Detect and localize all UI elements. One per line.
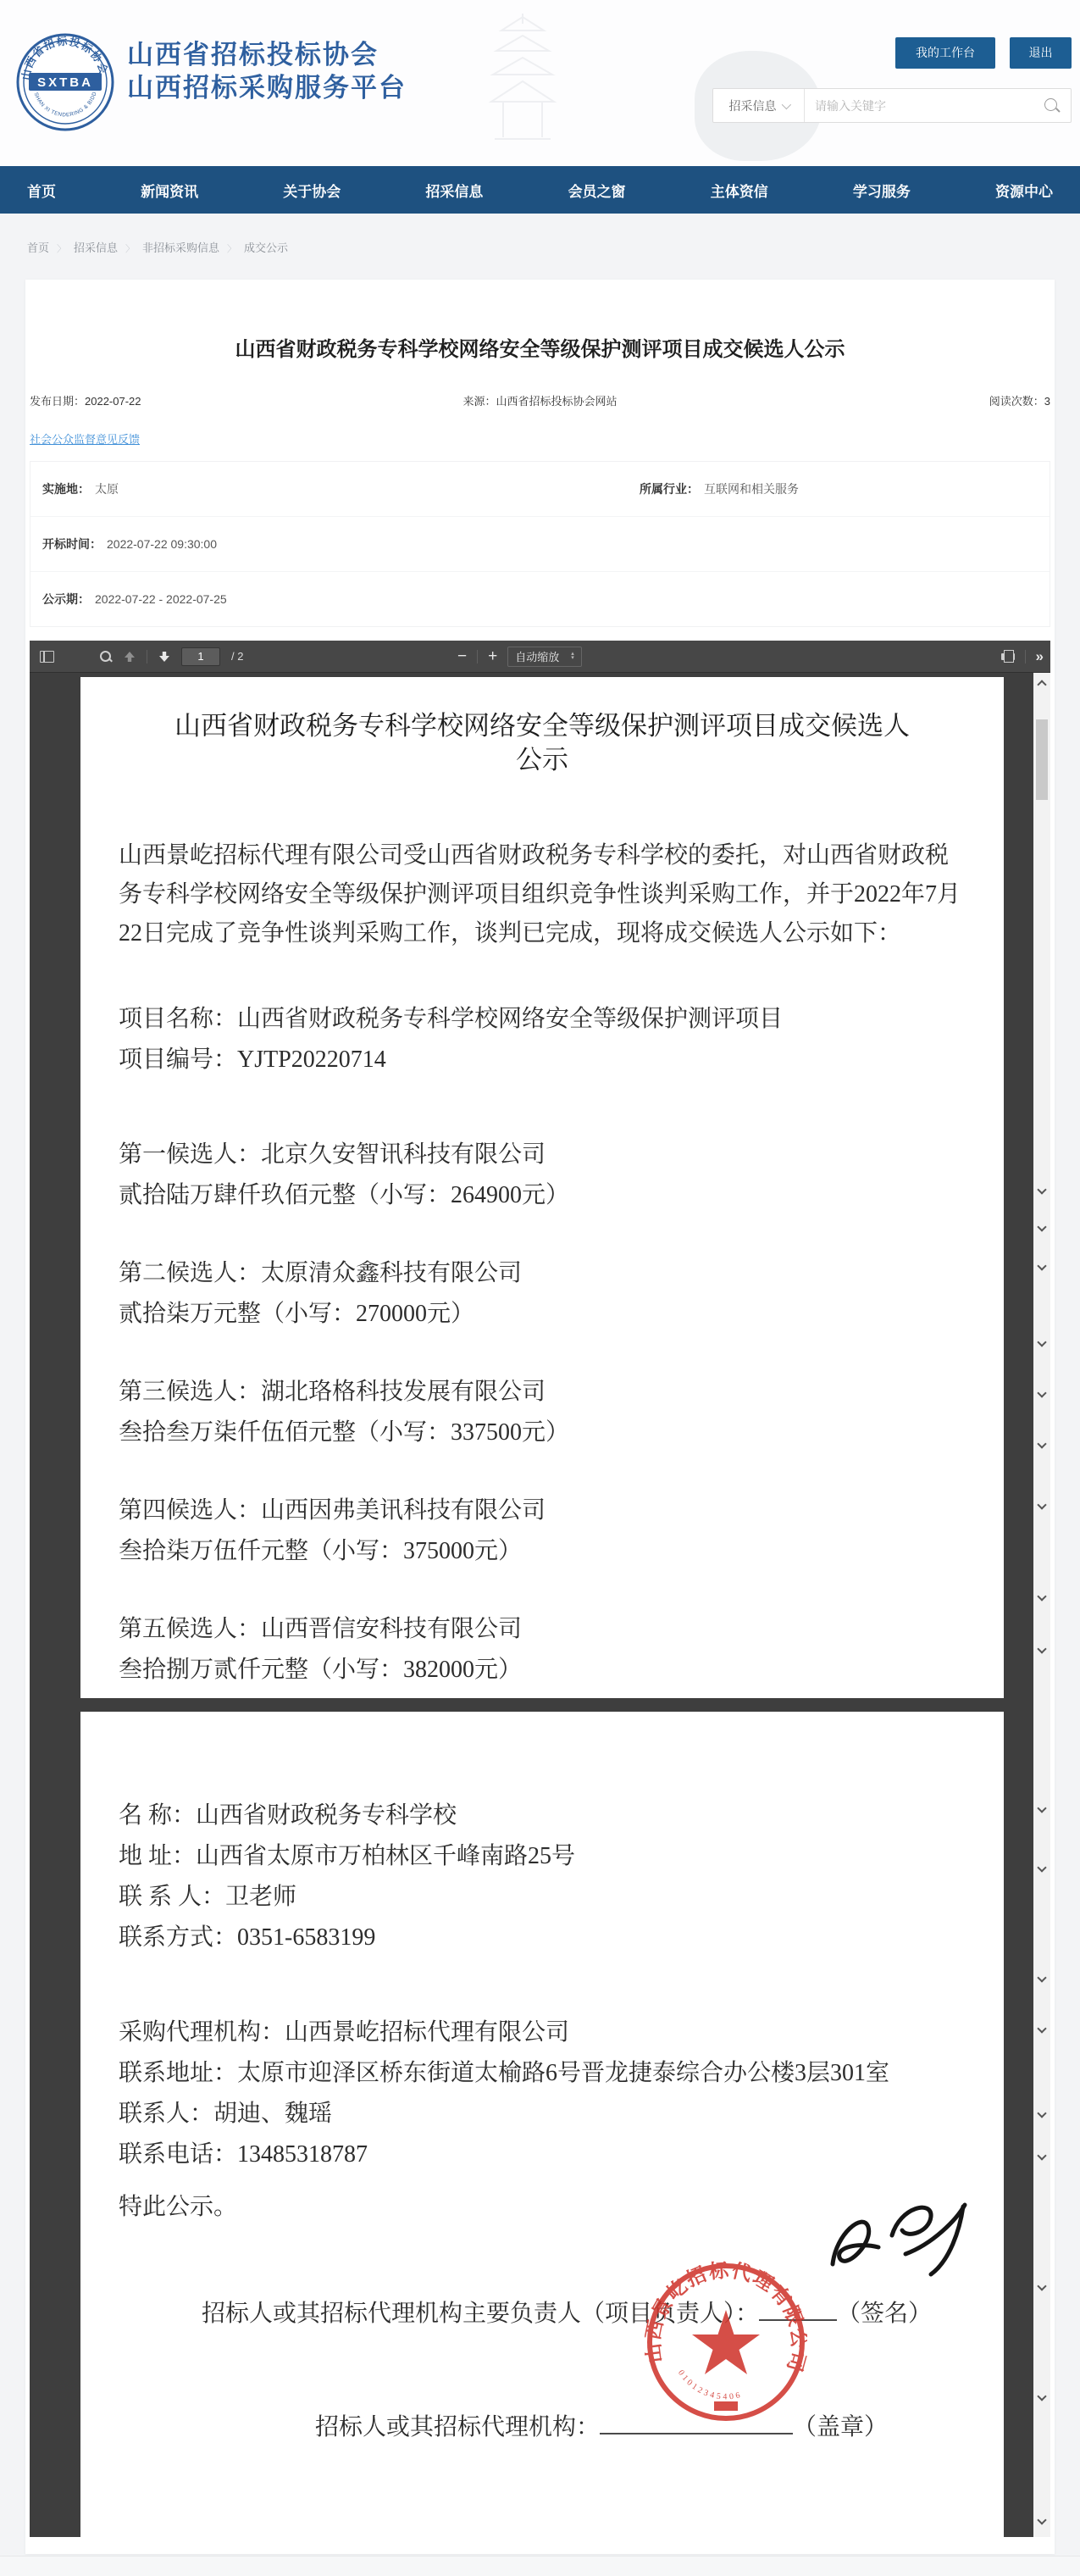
scroll-down-icon[interactable] bbox=[1037, 1973, 1046, 1982]
field-row-open-time: 开标时间：2022-07-22 09:30:00 bbox=[30, 517, 1050, 572]
candidate-amount: 贰拾柒万元整（小写：270000元） bbox=[119, 1297, 966, 1331]
scrollbar-thumb[interactable] bbox=[1036, 719, 1048, 800]
zoom-in-button[interactable]: + bbox=[488, 648, 497, 664]
project-name: 项目名称：山西省财政税务专科学校网络安全等级保护测评项目 bbox=[119, 1002, 966, 1036]
page-up-icon[interactable] bbox=[124, 651, 136, 663]
site-footer bbox=[0, 2556, 1080, 2576]
agency-info-line: 联系地址：太原市迎泽区桥东街道太榆路6号晋龙捷泰综合办公楼3层301室 bbox=[119, 2057, 966, 2090]
select-spinner-icon: ▴▾ bbox=[571, 652, 574, 660]
nav-item[interactable]: 招采信息 bbox=[425, 180, 483, 201]
purchaser-info-line: 名 称：山西省财政税务专科学校 bbox=[119, 1799, 966, 1833]
zoom-mode-select[interactable]: 自动缩放 ▴▾ bbox=[507, 647, 582, 667]
article-meta: 发布日期：2022-07-22 来源：山西省招标投标协会网站 阅读次数：3 bbox=[30, 392, 1050, 408]
scroll-down-icon[interactable] bbox=[1037, 1261, 1046, 1270]
search-input[interactable] bbox=[805, 89, 1044, 122]
view-count: 阅读次数：3 bbox=[713, 392, 1050, 408]
candidate-name: 第二候选人：太原清众鑫科技有限公司 bbox=[119, 1257, 966, 1291]
zoom-out-button[interactable]: − bbox=[457, 648, 467, 664]
page-down-icon[interactable] bbox=[158, 651, 170, 663]
breadcrumb: 首页招采信息非招标采购信息成交公示 bbox=[0, 214, 1080, 280]
purchaser-info-line: 联系方式：0351-6583199 bbox=[119, 1921, 966, 1955]
nav-item[interactable]: 学习服务 bbox=[853, 180, 911, 201]
toolbar-divider bbox=[147, 650, 147, 663]
candidate-amount: 叁拾叁万柒仟伍佰元整（小写：337500元） bbox=[119, 1416, 966, 1450]
public-feedback-link[interactable]: 社会公众监督意见反馈 bbox=[30, 430, 140, 447]
open-time-value: 2022-07-22 09:30:00 bbox=[107, 537, 217, 551]
scroll-down-icon[interactable] bbox=[1037, 1222, 1046, 1231]
scroll-down-icon[interactable] bbox=[1037, 2281, 1046, 2290]
scroll-down-icon[interactable] bbox=[1037, 2024, 1046, 2033]
nav-item[interactable]: 会员之窗 bbox=[568, 180, 626, 201]
nav-item[interactable]: 主体资信 bbox=[711, 180, 768, 201]
breadcrumb-item[interactable]: 招采信息 bbox=[74, 239, 142, 255]
page-number-input[interactable] bbox=[181, 647, 220, 666]
scroll-down-icon[interactable] bbox=[1037, 2515, 1046, 2524]
red-company-seal: 山西景屹招标代理有限公司 01012345406 bbox=[645, 2261, 807, 2423]
search-bar: 招采信息 bbox=[712, 88, 1072, 123]
zoom-mode-label: 自动缩放 bbox=[515, 648, 559, 664]
scroll-down-icon[interactable] bbox=[1037, 1863, 1046, 1872]
breadcrumb-item[interactable]: 首页 bbox=[27, 239, 74, 255]
svg-text:01012345406: 01012345406 bbox=[676, 2368, 744, 2401]
nav-item[interactable]: 资源中心 bbox=[995, 180, 1053, 201]
logout-button[interactable]: 退出 bbox=[1010, 37, 1072, 69]
publish-date: 发布日期：2022-07-22 bbox=[30, 392, 367, 408]
scroll-down-icon[interactable] bbox=[1037, 1500, 1046, 1509]
candidate-item: 第一候选人：北京久安智讯科技有限公司 贰拾陆万肆仟玖佰元整（小写：264900元… bbox=[119, 1138, 966, 1213]
pdf-scrollbar[interactable] bbox=[1033, 673, 1050, 2537]
search-category-label: 招采信息 bbox=[729, 97, 777, 114]
industry-label: 所属行业： bbox=[640, 482, 699, 496]
workbench-button[interactable]: 我的工作台 bbox=[895, 37, 995, 69]
scroll-up-icon[interactable] bbox=[1037, 680, 1046, 689]
candidate-item: 第二候选人：太原清众鑫科技有限公司 贰拾柒万元整（小写：270000元） bbox=[119, 1257, 966, 1331]
location-value: 太原 bbox=[95, 482, 119, 496]
search-category-select[interactable]: 招采信息 bbox=[713, 89, 805, 122]
scroll-down-icon[interactable] bbox=[1037, 1591, 1046, 1601]
scroll-down-icon[interactable] bbox=[1037, 1337, 1046, 1346]
publicity-label: 公示期： bbox=[42, 592, 90, 606]
scroll-down-icon[interactable] bbox=[1037, 2108, 1046, 2118]
pagoda-watermark-icon bbox=[485, 10, 561, 146]
scroll-down-icon[interactable] bbox=[1037, 1644, 1046, 1653]
pdf-intro: 山西景屹招标代理有限公司受山西省财政税务专科学校的委托，对山西省财政税务专科学校… bbox=[119, 836, 966, 953]
purchaser-info-line: 地 址：山西省太原市万柏林区千峰南路25号 bbox=[119, 1840, 966, 1874]
nav-item[interactable]: 关于协会 bbox=[283, 180, 341, 201]
site-header: 山西省招标投标协会 SXTBA SHAN XI TENDERING & BIDD… bbox=[0, 0, 1080, 166]
agency-info: 采购代理机构：山西景屹招标代理有限公司联系地址：太原市迎泽区桥东街道太榆路6号晋… bbox=[119, 2016, 966, 2172]
pdf-viewer: / 2 − + 自动缩放 ▴▾ » 山西省财政税务专科学校网络安全等级保护测评项… bbox=[30, 641, 1050, 2537]
pdf-doc-title: 山西省财政税务专科学校网络安全等级保护测评项目成交候选人公示 bbox=[167, 709, 918, 777]
pdf-toolbar: / 2 − + 自动缩放 ▴▾ » bbox=[30, 641, 1050, 673]
association-logo: 山西省招标投标协会 SXTBA SHAN XI TENDERING & BIDD… bbox=[15, 32, 115, 132]
purchaser-info-line: 联 系 人：卫老师 bbox=[119, 1880, 966, 1914]
candidate-item: 第五候选人：山西晋信安科技有限公司 叁拾捌万贰仟元整（小写：382000元） bbox=[119, 1613, 966, 1687]
toolbar-divider bbox=[477, 650, 478, 663]
candidate-name: 第三候选人：湖北珞格科技发展有限公司 bbox=[119, 1375, 966, 1409]
source: 来源：山西省招标投标协会网站 bbox=[367, 392, 714, 408]
candidate-name: 第五候选人：山西晋信安科技有限公司 bbox=[119, 1613, 966, 1646]
candidate-item: 第三候选人：湖北珞格科技发展有限公司 叁拾叁万柒仟伍佰元整（小写：337500元… bbox=[119, 1375, 966, 1450]
location-label: 实施地： bbox=[42, 482, 90, 496]
page-title: 山西省财政税务专科学校网络安全等级保护测评项目成交候选人公示 bbox=[30, 280, 1050, 362]
agency-info-line: 采购代理机构：山西景屹招标代理有限公司 bbox=[119, 2016, 966, 2050]
scroll-down-icon[interactable] bbox=[1037, 2391, 1046, 2401]
publicity-value: 2022-07-22 - 2022-07-25 bbox=[95, 592, 227, 606]
logo-center-text: SXTBA bbox=[37, 75, 93, 90]
scroll-down-icon[interactable] bbox=[1037, 1439, 1046, 1448]
seal-row: 招标人或其招标代理机构：（盖章） bbox=[315, 2411, 966, 2445]
scroll-down-icon[interactable] bbox=[1037, 1803, 1046, 1813]
main-nav: 首页新闻资讯关于协会招采信息会员之窗主体资信学习服务资源中心 bbox=[0, 166, 1080, 214]
org-name-line2: 山西招标采购服务平台 bbox=[127, 71, 407, 105]
agency-info-line: 联系电话：13485318787 bbox=[119, 2138, 966, 2172]
toolbar-divider bbox=[1025, 650, 1026, 663]
purchaser-info: 名 称：山西省财政税务专科学校地 址：山西省太原市万柏林区千峰南路25号联 系 … bbox=[119, 1799, 966, 1955]
agency-info-line: 联系人：胡迪、魏瑶 bbox=[119, 2097, 966, 2131]
nav-item[interactable]: 新闻资讯 bbox=[141, 180, 198, 201]
nav-item[interactable]: 首页 bbox=[27, 180, 56, 201]
breadcrumb-item[interactable]: 非招标采购信息 bbox=[142, 239, 244, 255]
scroll-down-icon[interactable] bbox=[1037, 1185, 1046, 1194]
search-icon[interactable] bbox=[1044, 97, 1061, 114]
candidate-name: 第四候选人：山西因弗美讯科技有限公司 bbox=[119, 1494, 966, 1528]
candidate-amount: 贰拾陆万肆仟玖佰元整（小写：264900元） bbox=[119, 1179, 966, 1213]
candidate-name: 第一候选人：北京久安智讯科技有限公司 bbox=[119, 1138, 966, 1172]
field-row-publicity-period: 公示期：2022-07-22 - 2022-07-25 bbox=[30, 572, 1050, 626]
candidate-amount: 叁拾柒万伍仟元整（小写：375000元） bbox=[119, 1535, 966, 1568]
breadcrumb-item[interactable]: 成交公示 bbox=[244, 239, 288, 255]
org-names: 山西省招标投标协会 山西招标采购服务平台 bbox=[127, 39, 407, 105]
industry-value: 互联网和相关服务 bbox=[704, 482, 799, 496]
chevron-down-icon bbox=[781, 99, 790, 108]
announcement-card: 山西省财政税务专科学校网络安全等级保护测评项目成交候选人公示 发布日期：2022… bbox=[25, 280, 1055, 2554]
pdf-search-icon[interactable] bbox=[99, 650, 113, 663]
toolbar-more-icon[interactable]: » bbox=[1036, 648, 1044, 665]
scroll-down-icon[interactable] bbox=[1037, 1388, 1046, 1397]
seal-star-icon bbox=[692, 2310, 760, 2374]
handwritten-signature bbox=[807, 2183, 977, 2310]
pdf-page-2: 名 称：山西省财政税务专科学校地 址：山西省太原市万柏林区千峰南路25号联 系 … bbox=[80, 1712, 1004, 2537]
print-icon[interactable] bbox=[1001, 650, 1015, 663]
pdf-page-1: 山西省财政税务专科学校网络安全等级保护测评项目成交候选人公示 山西景屹招标代理有… bbox=[80, 677, 1004, 1698]
pdf-pages: 山西省财政税务专科学校网络安全等级保护测评项目成交候选人公示 山西景屹招标代理有… bbox=[80, 673, 1004, 2537]
project-number: 项目编号：YJTP20220714 bbox=[119, 1043, 966, 1077]
candidate-item: 第四候选人：山西因弗美讯科技有限公司 叁拾柒万伍仟元整（小写：375000元） bbox=[119, 1494, 966, 1568]
candidates-list: 第一候选人：北京久安智讯科技有限公司 贰拾陆万肆仟玖佰元整（小写：264900元… bbox=[119, 1138, 966, 1687]
candidate-amount: 叁拾捌万贰仟元整（小写：382000元） bbox=[119, 1653, 966, 1687]
sidebar-toggle-icon[interactable] bbox=[40, 651, 54, 663]
scroll-down-icon[interactable] bbox=[1037, 2151, 1046, 2160]
open-time-label: 开标时间： bbox=[42, 537, 102, 551]
page-total: / 2 bbox=[231, 650, 243, 663]
field-row-location-industry: 实施地：太原 所属行业：互联网和相关服务 bbox=[30, 462, 1050, 517]
project-fields: 实施地：太原 所属行业：互联网和相关服务 开标时间：2022-07-22 09:… bbox=[30, 461, 1050, 627]
org-name-line1: 山西省招标投标协会 bbox=[127, 39, 407, 71]
